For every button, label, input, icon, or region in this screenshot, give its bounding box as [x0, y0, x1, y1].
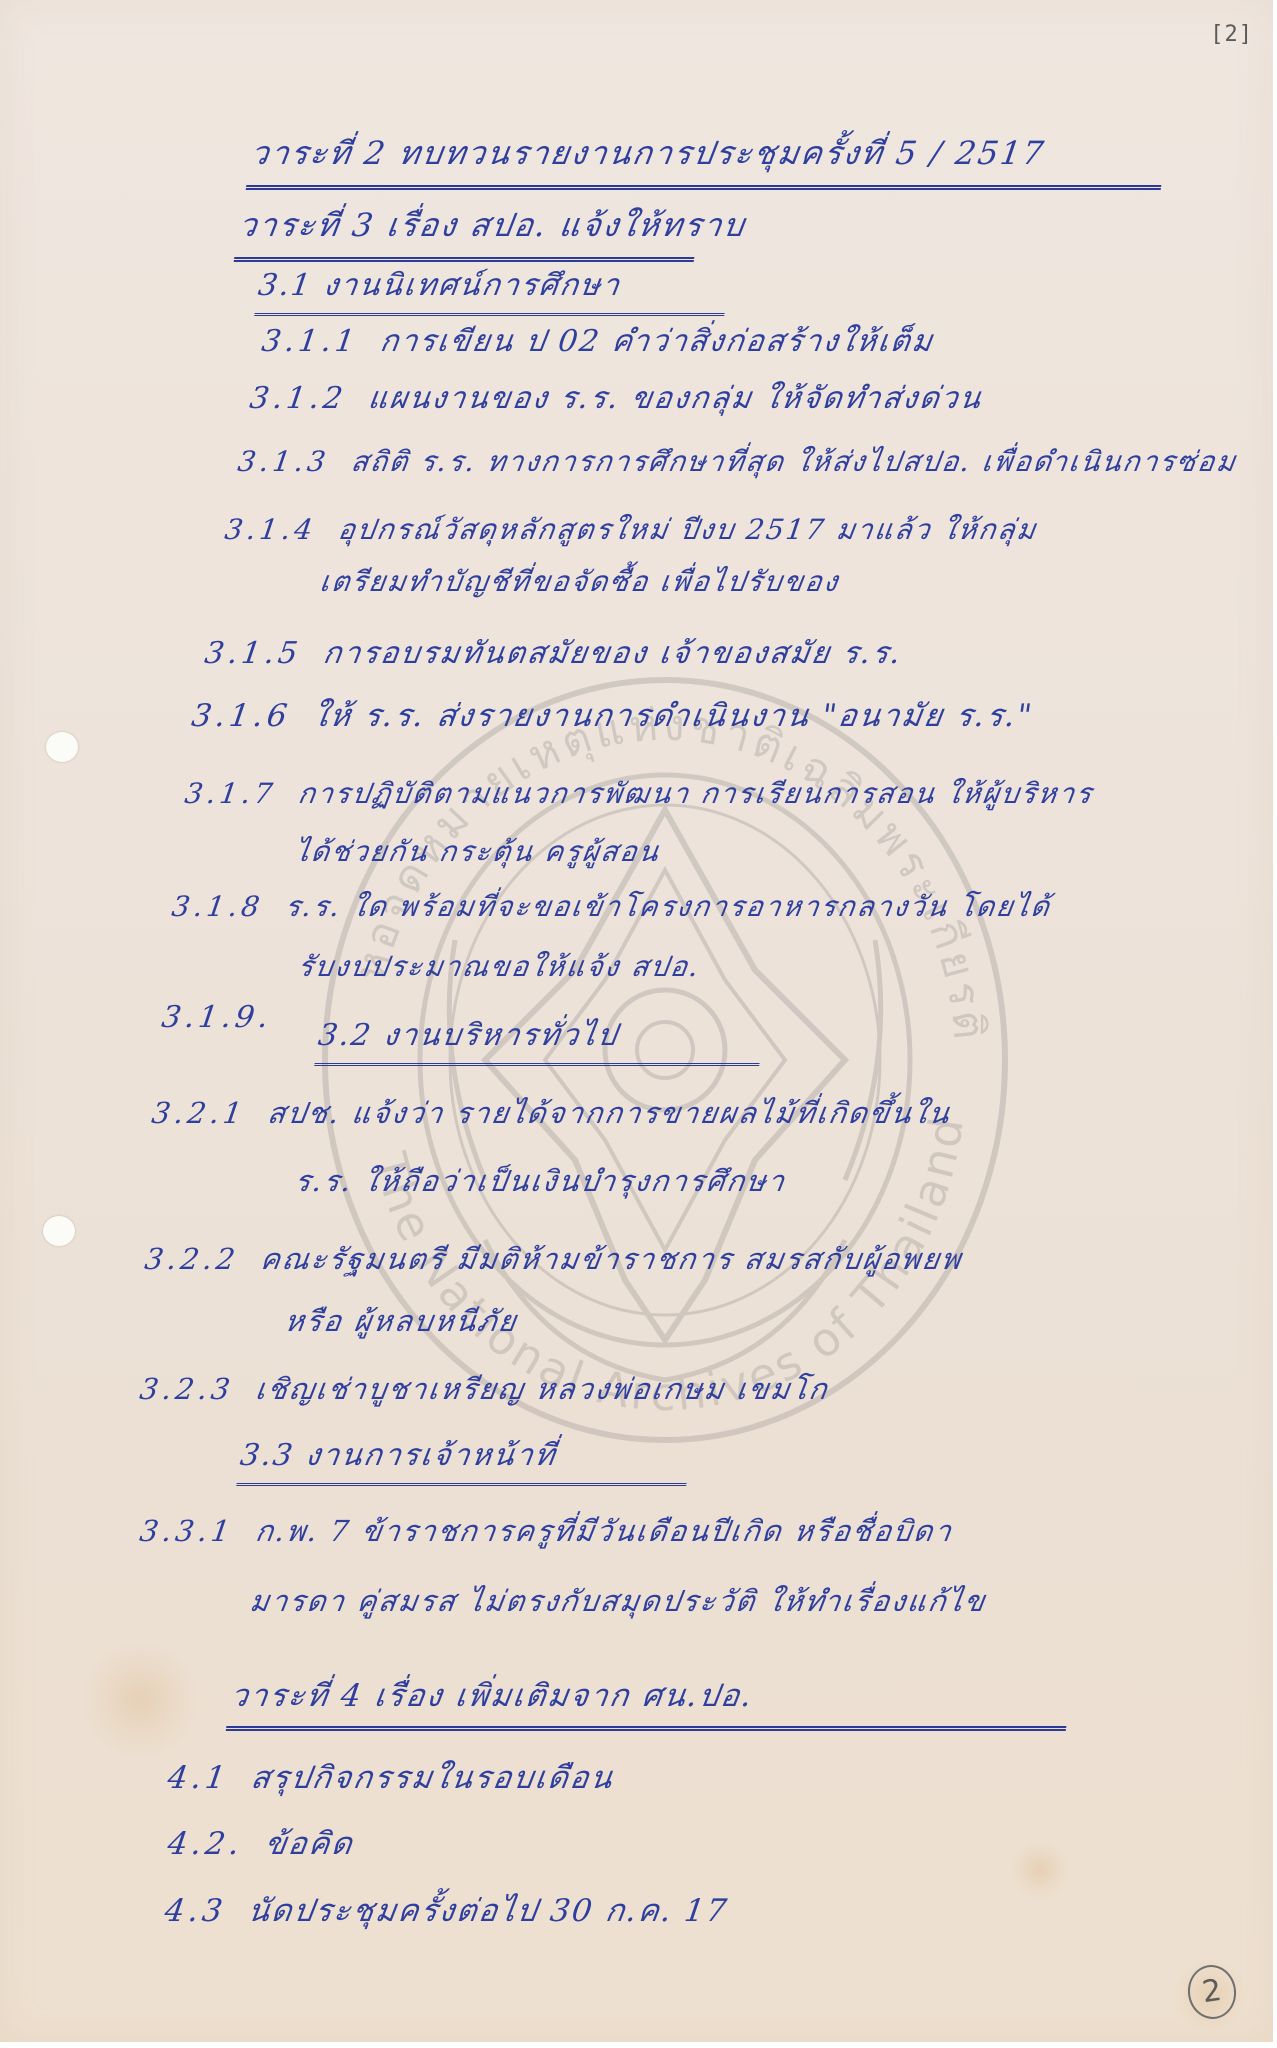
list-item-3-3-1-continuation: มารดา คู่สมรส ไม่ตรงกับสมุดประวัติ ให้ทำ… [247, 1578, 990, 1624]
archive-page-number-top: [2] [1210, 22, 1253, 47]
item-number: 4.1 [165, 1760, 231, 1796]
list-item-3-1-3: 3.1.3สถิติ ร.ร. ทางการการศึกษาที่สุด ให้… [235, 440, 1240, 484]
agenda-item-2-heading: วาระที่ 2 ทบทวนรายงานการประชุมครั้งที่ 5… [246, 128, 1170, 190]
item-text: นัดประชุมครั้งต่อไป 30 ก.ค. 17 [246, 1893, 731, 1929]
list-item-3-1-7: 3.1.7การปฏิบัติตามแนวการพัฒนา การเรียนกา… [182, 772, 1096, 816]
item-text: อุปกรณ์วัสดุหลักสูตรใหม่ ปีงบ 2517 มาแล้… [336, 513, 1040, 546]
item-number: 3.1.6 [189, 698, 293, 734]
document-page: หอจดหมายเหตุแห่งชาติเฉลิมพระเกียรติ The … [0, 0, 1273, 2042]
item-number: 3.1.3 [236, 445, 332, 478]
item-number: 3.2.3 [138, 1372, 237, 1406]
item-text: สรุปกิจกรรมในรอบเดือน [249, 1760, 617, 1796]
list-item-3-1-4: 3.1.4อุปกรณ์วัสดุหลักสูตรใหม่ ปีงบ 2517 … [222, 508, 1040, 552]
punch-hole [43, 1216, 75, 1246]
list-item-3-1-6: 3.1.6ให้ ร.ร. ส่งรายงานการดำเนินงาน "อนา… [188, 690, 1036, 740]
list-item-3-1-7-continuation: ได้ช่วยกัน กระตุ้น ครูผู้สอน [292, 830, 663, 874]
list-item-3-2-3: 3.2.3เชิญเช่าบูชาเหรียญ หลวงพ่อเกษม เขมโ… [137, 1366, 832, 1412]
item-text: ให้ ร.ร. ส่งรายงานการดำเนินงาน "อนามัย ร… [310, 698, 1035, 734]
item-text: ก.พ. 7 ข้าราชการครูที่มีวันเดือนปีเกิด ห… [253, 1514, 955, 1548]
list-item-3-1-8-continuation: รับงบประมาณขอให้แจ้ง สปอ. [295, 945, 703, 989]
item-number: 4.3 [162, 1893, 228, 1929]
punch-hole [46, 732, 78, 762]
paper-stain [80, 1640, 200, 1760]
section-3-3-heading: 3.3 งานการเจ้าหน้าที่ [236, 1432, 694, 1486]
item-number: 3.3.1 [138, 1514, 237, 1548]
list-item-3-1-4-continuation: เตรียมทำบัญชีที่ขอจัดซื้อ เพื่อไปรับของ [317, 560, 843, 604]
list-item-3-1-8: 3.1.8ร.ร. ใด พร้อมที่จะขอเข้าโครงการอาหา… [169, 885, 1054, 929]
item-number: 3.1.2 [248, 381, 349, 416]
section-3-1-heading: 3.1 งานนิเทศน์การศึกษา [254, 262, 732, 316]
list-item-3-1-9: 3.1.9. [160, 1000, 297, 1035]
list-item-3-2-1: 3.2.1สปช. แจ้งว่า รายได้จากการขายผลไม้ที… [149, 1090, 954, 1136]
list-item-3-2-2: 3.2.2คณะรัฐมนตรี มีมติห้ามข้าราชการ สมรส… [142, 1236, 966, 1282]
item-number: 3.1.8 [170, 890, 266, 923]
item-text: คณะรัฐมนตรี มีมติห้ามข้าราชการ สมรสกับผู… [258, 1242, 964, 1276]
list-item-4-1: 4.1สรุปกิจกรรมในรอบเดือน [164, 1752, 617, 1802]
list-item-3-3-1: 3.3.1ก.พ. 7 ข้าราชการครูที่มีวันเดือนปีเ… [137, 1508, 956, 1554]
item-text: ข้อคิด [262, 1826, 356, 1862]
section-3-2-heading: 3.2 งานบริหารทั่วไป [314, 1012, 767, 1066]
list-item-4-3: 4.3นัดประชุมครั้งต่อไป 30 ก.ค. 17 [161, 1885, 731, 1935]
list-item-4-2: 4.2.ข้อคิด [164, 1818, 357, 1868]
list-item-3-1-2: 3.1.2แผนงานของ ร.ร. ของกลุ่ม ให้จัดทำส่ง… [247, 375, 986, 422]
list-item-3-2-1-continuation: ร.ร. ให้ถือว่าเป็นเงินบำรุงการศึกษา [292, 1158, 789, 1204]
item-text: เชิญเช่าบูชาเหรียญ หลวงพ่อเกษม เขมโก [253, 1372, 831, 1406]
item-text: สปช. แจ้งว่า รายได้จากการขายผลไม้ที่เกิด… [265, 1096, 953, 1130]
item-number: 3.1.9. [160, 1000, 275, 1035]
item-number: 3.1.7 [183, 777, 279, 810]
item-number: 4.2. [165, 1826, 245, 1862]
item-text: การอบรมทันตสมัยของ เจ้าของสมัย ร.ร. [321, 636, 904, 671]
item-text: ร.ร. ใด พร้อมที่จะขอเข้าโครงการอาหารกลาง… [283, 890, 1053, 923]
item-number: 3.2.1 [150, 1096, 249, 1130]
item-number: 3.1.5 [203, 636, 304, 671]
list-item-3-2-2-continuation: หรือ ผู้หลบหนีภัย [282, 1298, 521, 1344]
item-text: สถิติ ร.ร. ทางการการศึกษาที่สุด ให้ส่งไป… [349, 445, 1239, 478]
item-text: แผนงานของ ร.ร. ของกลุ่ม ให้จัดทำส่งด่วน [366, 381, 985, 416]
list-item-3-1-5: 3.1.5การอบรมทันตสมัยของ เจ้าของสมัย ร.ร. [202, 630, 906, 677]
paper-stain [1010, 1840, 1070, 1900]
list-item-3-1-1: 3.1.1การเขียน ป 02 คำว่าสิ่งก่อสร้างให้เ… [259, 318, 937, 365]
item-number: 3.1.4 [223, 513, 319, 546]
item-text: การเขียน ป 02 คำว่าสิ่งก่อสร้างให้เต็ม [378, 324, 936, 359]
item-number: 3.1.1 [260, 324, 361, 359]
agenda-item-3-heading: วาระที่ 3 เรื่อง สปอ. แจ้งให้ทราบ [234, 200, 703, 262]
agenda-item-4-heading: วาระที่ 4 เรื่อง เพิ่มเติมจาก ศน.ปอ. [226, 1670, 1075, 1731]
item-text: การปฏิบัติตามแนวการพัฒนา การเรียนการสอน … [296, 777, 1095, 810]
item-number: 3.2.2 [143, 1242, 242, 1276]
